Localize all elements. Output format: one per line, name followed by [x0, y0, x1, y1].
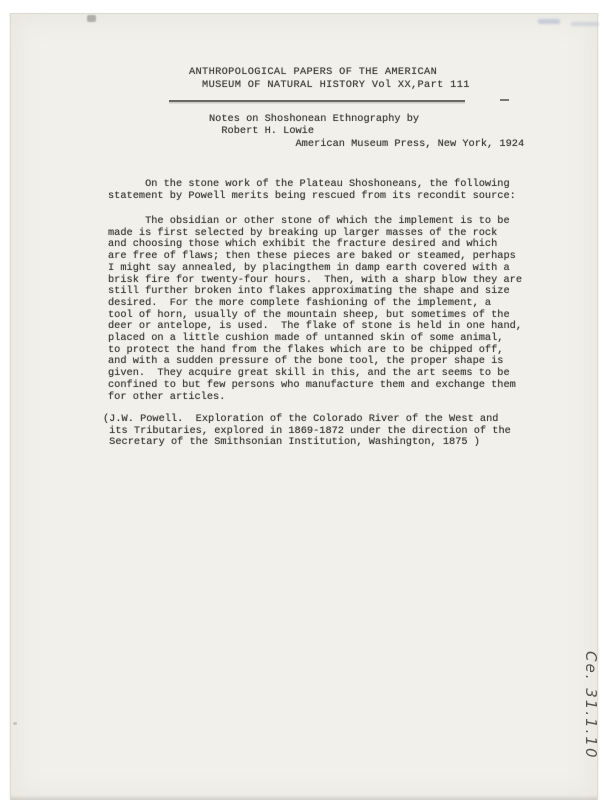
stray-typed-dash [500, 99, 509, 101]
handwritten-catalog-number: Ce. 31.1.10 [580, 651, 600, 757]
citation-paragraph: (J.W. Powell. Exploration of the Colorad… [103, 414, 511, 449]
journal-header: ANTHROPOLOGICAL PAPERS OF THE AMERICAN M… [189, 66, 470, 92]
paper-speck [13, 722, 17, 725]
ink-smudge [538, 19, 560, 24]
document-page: ANTHROPOLOGICAL PAPERS OF THE AMERICAN M… [10, 13, 598, 800]
title-block: Notes on Shoshonean Ethnography by Rober… [209, 113, 524, 150]
scan-background: ANTHROPOLOGICAL PAPERS OF THE AMERICAN M… [0, 0, 604, 800]
intro-paragraph: On the stone work of the Plateau Shoshon… [108, 179, 516, 202]
paper-notch-mark [87, 15, 96, 22]
ink-smudge [571, 22, 599, 26]
header-underline [169, 100, 465, 102]
quoted-powell-paragraph: The obsidian or other stone of which the… [108, 216, 522, 403]
